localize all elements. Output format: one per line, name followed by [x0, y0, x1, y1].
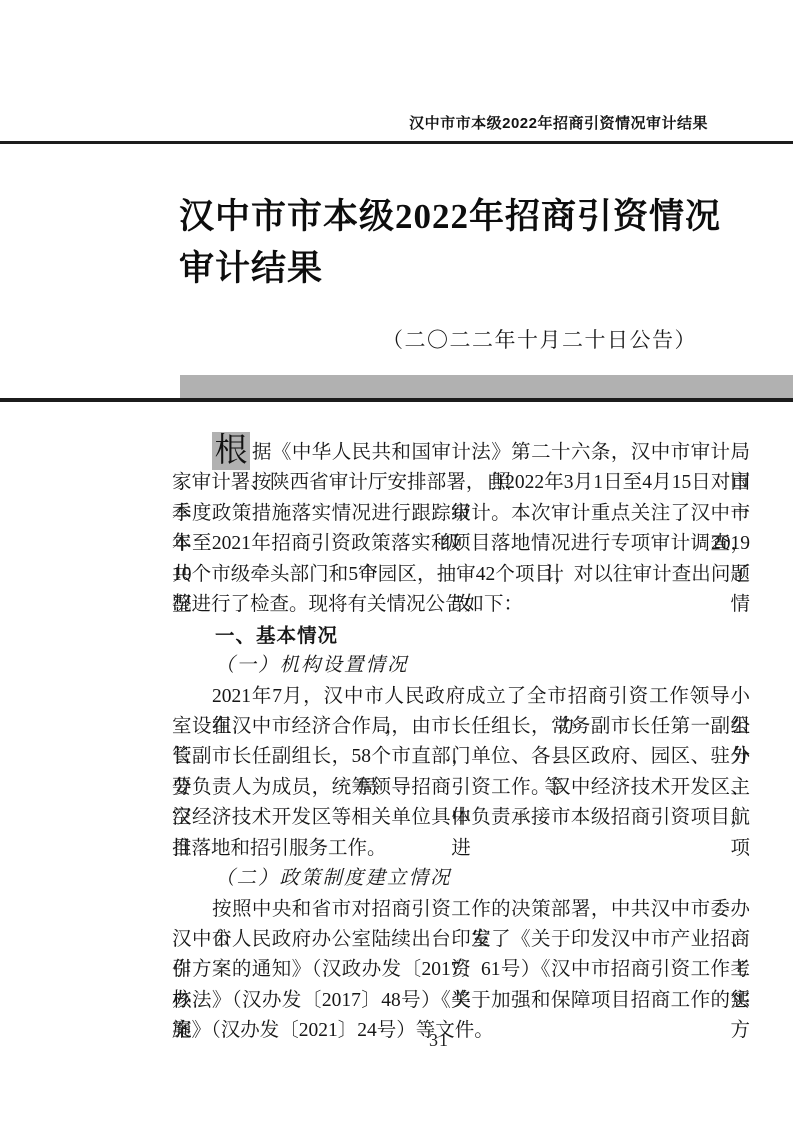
running-header-title: 汉中市市本级2022年招商引资情况审计结果 — [0, 115, 708, 133]
section-divider-rule — [0, 398, 793, 402]
body-line: 10个市级牵头部门和5个园区，抽审42个项目，对以往审计查出问题整改情 — [172, 560, 750, 590]
decorative-gray-bar — [180, 375, 793, 398]
body-line: 据《中华人民共和国审计法》第二十六条，汉中市审计局按照国 — [172, 438, 750, 468]
page-title-line2: 审计结果 — [179, 243, 739, 295]
body-line: 一、基本情况 — [172, 621, 750, 651]
body-line: 季度政策措施落实情况进行跟踪审计。本次审计重点关注了汉中市本级2019 — [172, 499, 750, 529]
document-page: 汉中市市本级2022年招商引资情况审计结果 汉中市市本级2022年招商引资情况 … — [0, 0, 793, 1122]
body-text: 据《中华人民共和国审计法》第二十六条，汉中市审计局按照国家审计署、陕西省审计厅安… — [172, 438, 750, 1047]
page-title-line1: 汉中市市本级2022年招商引资情况 — [179, 191, 739, 243]
body-line: 办法》（汉办发〔2017〕48号）《关于加强和保障项目招商工作的实施方 — [172, 986, 750, 1016]
page-number: 31 — [0, 1030, 793, 1051]
body-line: 家审计署、陕西省审计厅安排部署，自2022年3月1日至4月15日对市本级一 — [172, 468, 750, 498]
page-title: 汉中市市本级2022年招商引资情况 审计结果 — [179, 191, 739, 295]
body-line: 空经济技术开发区等相关单位具体负责承接市本级招商引资项目，推进项 — [172, 803, 750, 833]
body-line: 2021年7月，汉中市人民政府成立了全市招商引资工作领导小组，办公 — [172, 682, 750, 712]
body-line: （二）政策制度建立情况 — [172, 864, 750, 894]
announcement-date: （二〇二二年十月二十日公告） — [0, 328, 697, 354]
body-line: 室设在汉中市经济合作局，由市长任组长，常务副市长任第一副组长，分 — [172, 712, 750, 742]
header-rule — [0, 141, 793, 144]
body-line: 作方案的通知》（汉政办发〔2017〕61号）《汉中市招商引资工作考核奖惩 — [172, 955, 750, 985]
body-line: （一）机构设置情况 — [172, 651, 750, 681]
body-line: 年至2021年招商引资政策落实和项目落地情况进行专项审计调查，共审计了 — [172, 529, 750, 559]
body-line: 按照中央和省市对招商引资工作的决策部署，中共汉中市委办公室、 — [172, 895, 750, 925]
body-line: 要负责人为成员，统筹领导招商引资工作。汉中经济技术开发区、汉中航 — [172, 773, 750, 803]
body-line: 管副市长任副组长，58个市直部门单位、各县区政府、园区、驻外分局等主 — [172, 742, 750, 772]
body-line: 汉中市人民政府办公室陆续出台印发了《关于印发汉中市产业招商引资工 — [172, 925, 750, 955]
